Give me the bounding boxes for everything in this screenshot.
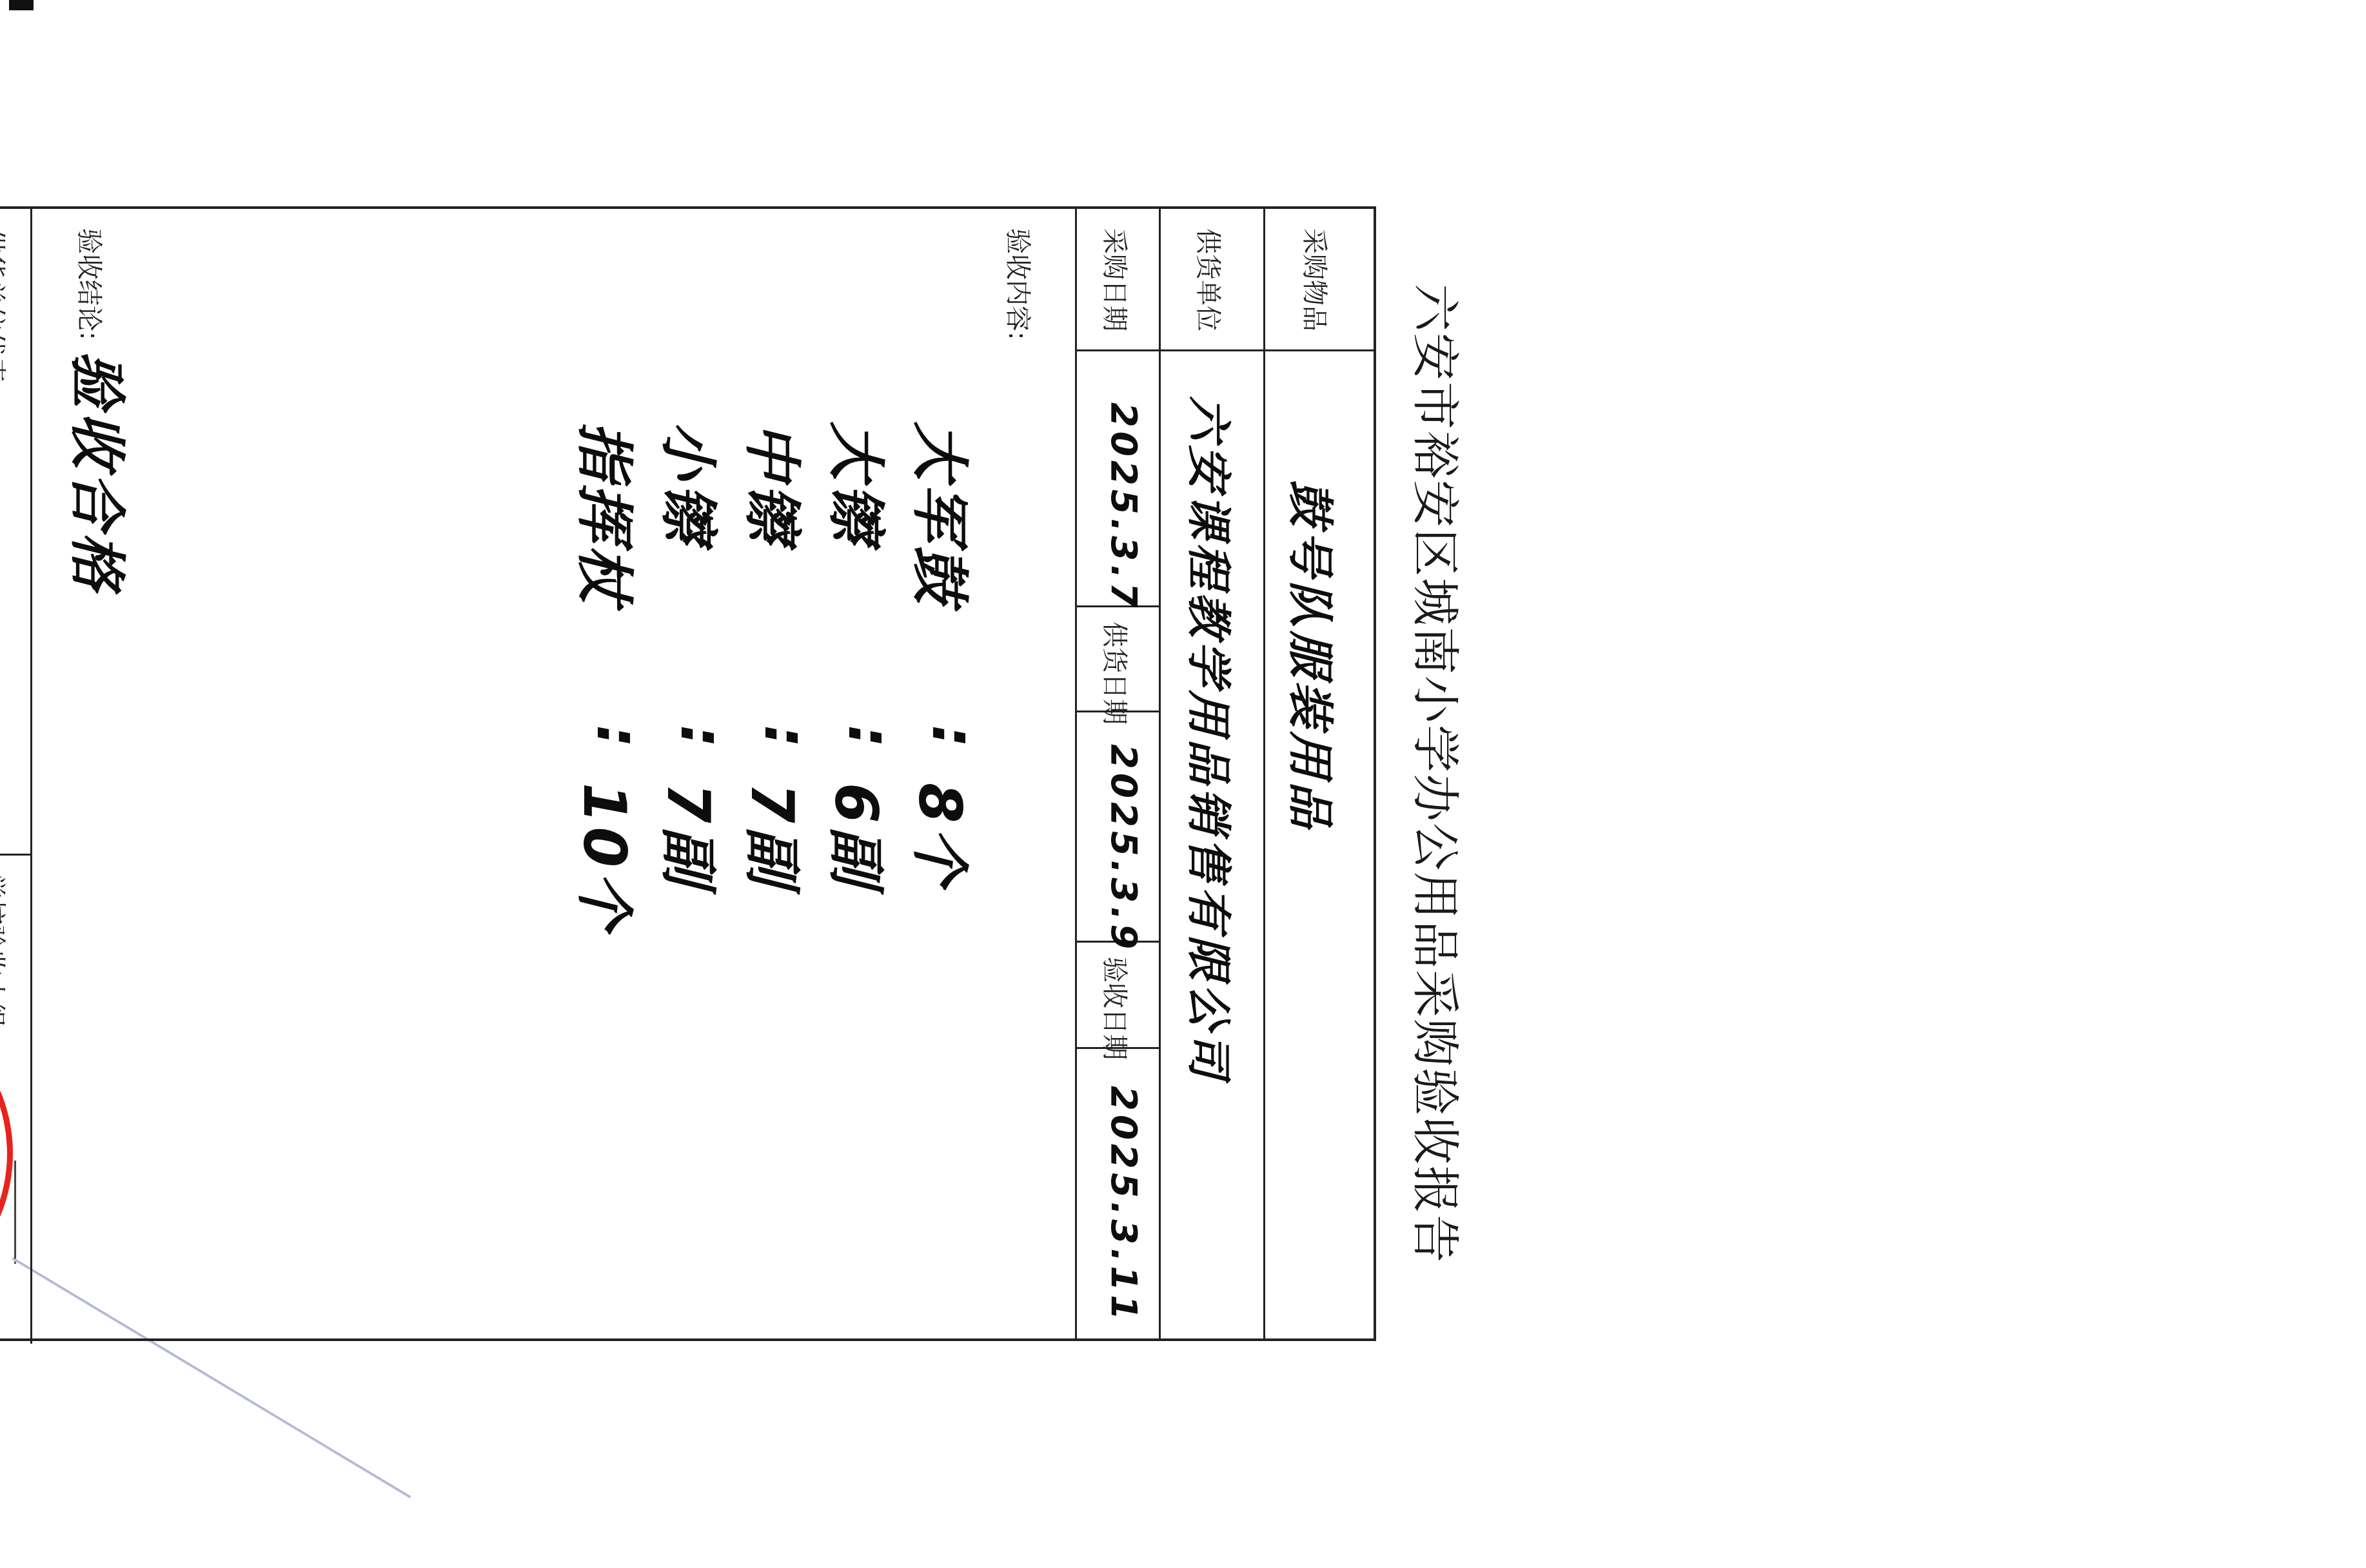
supplier-rep-label: 供货单位代表:	[0, 228, 13, 391]
supplier-value: 六安课程教学用品销售有限公司	[1179, 396, 1245, 1082]
item-qty: 8个	[903, 783, 987, 889]
item-colon: :	[667, 725, 735, 752]
acceptance-report: 六安市裕安区城南小学办公用品采购验收报告 采购物品 鼓号队服装用品 供货单位 六…	[0, 206, 1376, 1386]
list-item: 小镲 : 7副	[651, 422, 735, 1002]
content-list: 大军鼓 : 8个 大镲 : 6副 中镲 : 7副 小镲 : 7副 指挥杖 :	[567, 422, 987, 1002]
content-label: 验收内容:	[1001, 228, 1038, 340]
conclusion-label: 验收结论:	[73, 228, 110, 340]
list-item: 指挥杖 : 10个	[567, 422, 651, 1002]
list-item: 大军鼓 : 8个	[903, 422, 987, 1002]
acceptance-date-label: 验收日期	[1098, 957, 1135, 1060]
item-qty: 6副	[819, 783, 903, 889]
scan-mark	[9, 0, 34, 10]
item-qty: 10个	[567, 783, 651, 933]
item-colon: :	[584, 725, 651, 752]
purchase-date-value: 2025.3.7	[1103, 402, 1145, 611]
row-divider	[1263, 209, 1265, 1338]
item-colon: :	[919, 725, 987, 752]
row-divider	[1075, 209, 1077, 1338]
item-name: 大镲	[819, 422, 903, 545]
item-value: 鼓号队服装用品	[1281, 480, 1348, 832]
conclusion-value: 验收合格	[61, 351, 142, 593]
item-name: 大军鼓	[903, 422, 987, 607]
purchase-date-label: 采购日期	[1098, 228, 1135, 331]
list-item: 中镲 : 7副	[735, 422, 819, 1002]
report-table: 采购物品 鼓号队服装用品 供货单位 六安课程教学用品销售有限公司 采购日期 20…	[0, 206, 1376, 1341]
row-divider	[30, 209, 32, 1344]
col-divider	[1077, 349, 1374, 351]
acceptance-date-value: 2025.3.11	[1103, 1086, 1145, 1324]
row-divider	[1159, 209, 1161, 1338]
item-colon: :	[751, 725, 819, 752]
school-group-label: 学校验收小组:	[0, 873, 13, 1036]
item-qty: 7副	[651, 783, 735, 889]
item-name: 指挥杖	[567, 422, 651, 607]
item-name: 小镲	[651, 422, 735, 545]
item-colon: :	[835, 725, 903, 752]
supplier-label: 供货单位	[1192, 228, 1228, 331]
supply-date-label: 供货日期	[1098, 622, 1135, 725]
col-divider	[0, 854, 32, 856]
item-label: 采购物品	[1298, 228, 1335, 331]
item-name: 中镲	[735, 422, 819, 545]
item-qty: 7副	[735, 783, 819, 889]
list-item: 大镲 : 6副	[819, 422, 903, 1002]
page-title: 六安市裕安区城南小学办公用品采购验收报告	[1405, 226, 1473, 1322]
supply-date-value: 2025.3.9	[1103, 744, 1145, 953]
